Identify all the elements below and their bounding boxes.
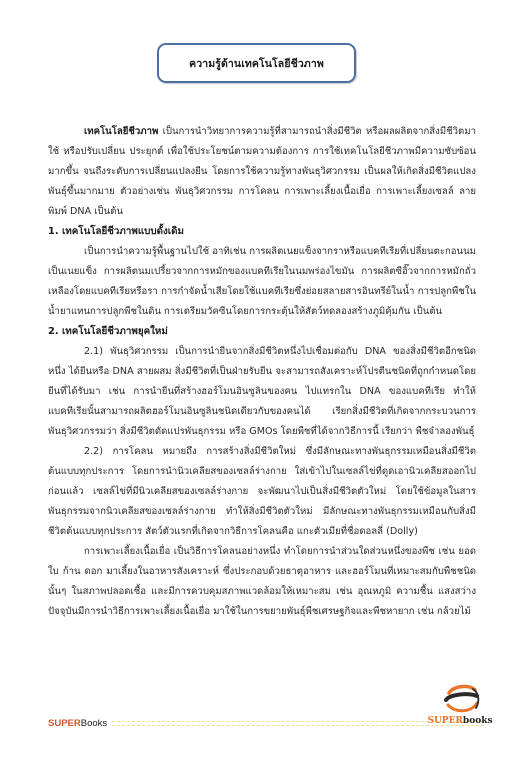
superbooks-logo: SUPERbooks [425,683,495,733]
swirl-logo-icon [425,683,495,719]
traditional-paragraph: เป็นการนำความรู้พื้นฐานไปใช้ อาทิเช่น กา… [48,242,476,322]
footer-brand-books: Books [81,718,107,729]
page-footer: SUPERBooks [48,714,488,732]
document-body: เทคโนโลยีชีวภาพ เป็นการนำวิทยาการความรู้… [48,122,476,622]
logo-wordmark: SUPERbooks [425,716,495,726]
logo-word-super: SUPER [427,716,462,726]
intro-paragraph: เทคโนโลยีชีวภาพ เป็นการนำวิทยาการความรู้… [48,122,476,222]
page-title-box: ความรู้ด้านเทคโนโลยีชีวภาพ [157,43,356,83]
page-title: ความรู้ด้านเทคโนโลยีชีวภาพ [189,55,324,72]
logo-word-books: books [463,716,493,726]
intro-text: เป็นการนำวิทยาการความรู้ที่สามารถนำสิ่งม… [48,126,476,217]
footer-brand: SUPERBooks [48,718,107,729]
footer-brand-super: SUPER [48,718,81,729]
section-heading-modern: 2. เทคโนโลยีชีวภาพยุคใหม่ [48,322,476,342]
cloning-paragraph: 2.2) การโคลน หมายถึง การสร้างสิ่งมีชีวิต… [48,442,476,542]
section-heading-traditional: 1. เทคโนโลยีชีวภาพแบบดั้งเดิม [48,222,476,242]
genetic-engineering-paragraph: 2.1) พันธุวิศวกรรม เป็นการนำยีนจากสิ่งมี… [48,342,476,442]
tissue-culture-paragraph: การเพาะเลี้ยงเนื้อเยื่อ เป็นวิธีการโคลนอ… [48,542,476,622]
intro-lead-term: เทคโนโลยีชีวภาพ [84,126,158,137]
